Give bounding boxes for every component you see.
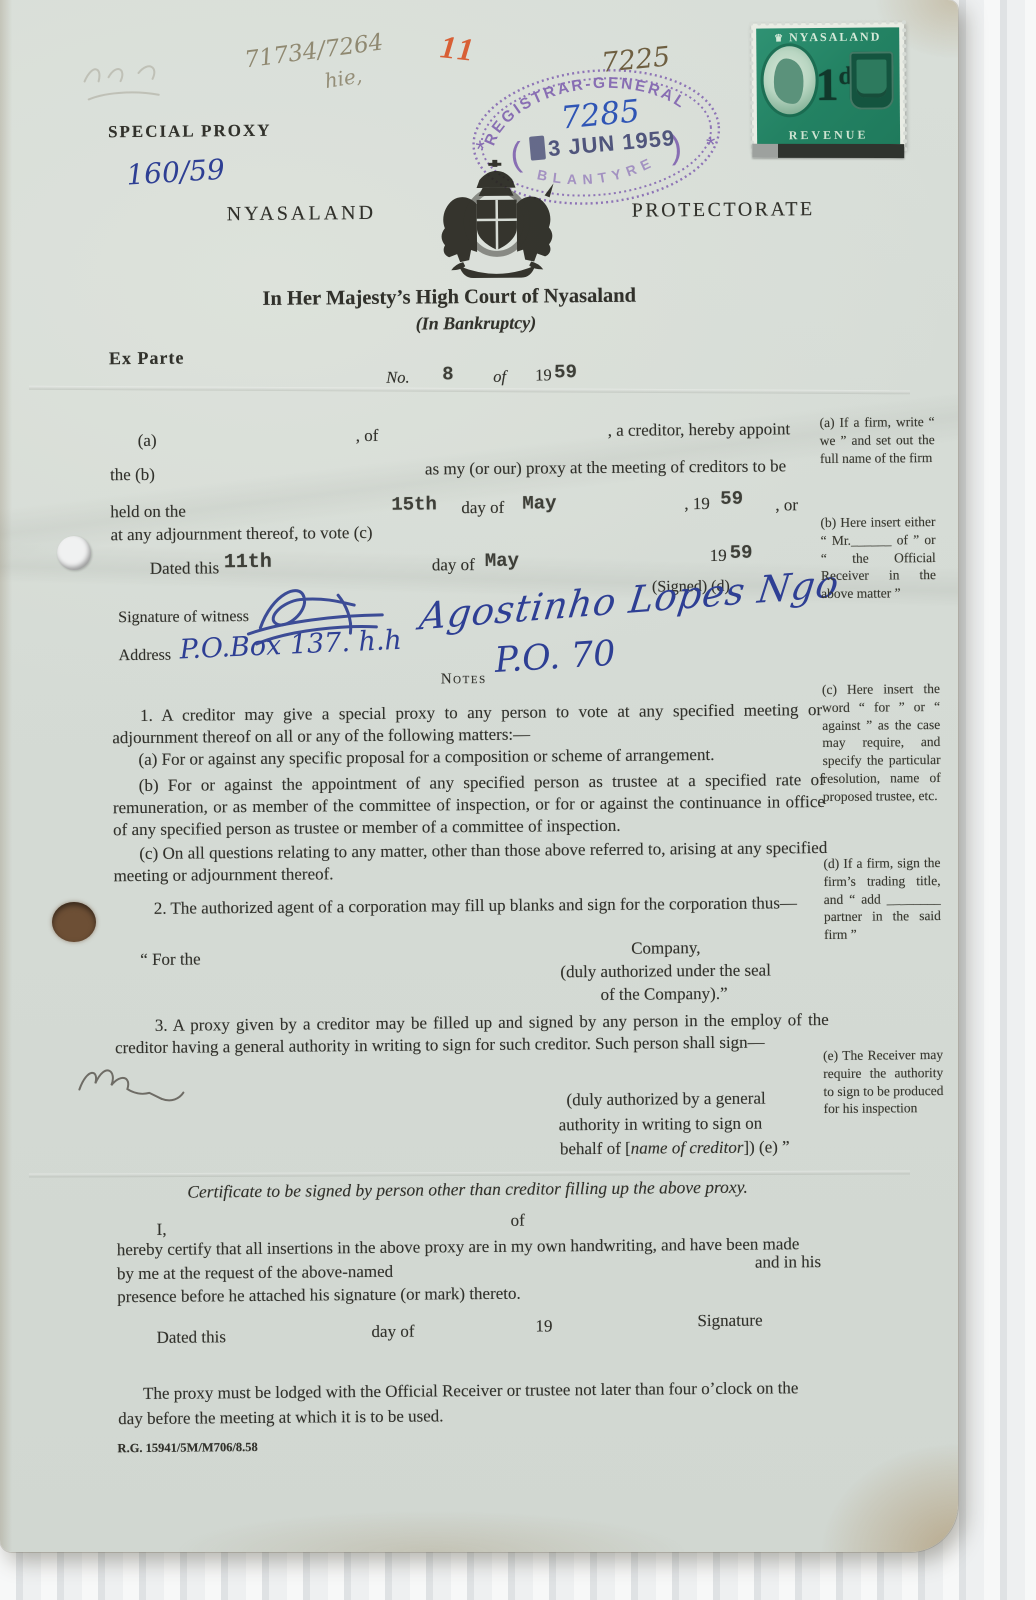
case-of-label: of: [493, 366, 506, 388]
typed-dated-day: 11th: [224, 550, 272, 576]
faint-pencil-smudge: [78, 50, 219, 111]
auth-line-3-pre: behalf of [: [560, 1139, 631, 1159]
notes-heading: Notes: [441, 670, 487, 690]
cert-year-prefix: 19: [535, 1315, 552, 1337]
form-line3-lead: held on the: [110, 501, 186, 524]
note-1c: (c) On all questions relating to any mat…: [113, 837, 827, 887]
form-line2-tail: as my (or our) proxy at the meeting of c…: [425, 455, 786, 480]
typed-dated-month: May: [485, 549, 519, 574]
form-line4: at any adjournment thereof, to vote (c): [110, 522, 372, 546]
doc-type-label: SPECIAL PROXY: [108, 120, 272, 144]
cert-line-2-tail: and in his: [755, 1251, 821, 1274]
signature-handwriting: Agostinho Lopes Ngo: [417, 560, 843, 642]
court-title: In Her Majesty’s High Court of Nyasaland: [262, 283, 636, 313]
blue-receipt-number: 7285: [559, 91, 641, 139]
stamp-caption: REVENUE: [761, 127, 896, 143]
po-number-handwriting: P.O. 70: [493, 632, 617, 685]
blue-case-ref: 160/59: [125, 152, 226, 194]
red-tally-mark: 11: [438, 26, 479, 71]
form-line1-tail: , a creditor, hereby appoint: [608, 418, 791, 442]
form-line3-year-prefix: , 19: [684, 493, 710, 515]
crown-icon: ♛: [774, 33, 785, 44]
dated-lead: Dated this: [150, 557, 220, 580]
case-year-prefix: 19: [535, 364, 552, 386]
corp-seal-2: of the Company).”: [600, 983, 727, 1006]
margin-note-a: (a) If a firm, write “ we ” and set out …: [820, 413, 935, 467]
photo-background: 71734/7264 hie, 11 7225 REGISTRAR-GENERA…: [0, 0, 1036, 1600]
margin-note-d: (d) If a firm, sign the firm’s trading t…: [823, 854, 941, 944]
cert-i-label: I,: [157, 1219, 167, 1241]
typed-meeting-month: May: [522, 491, 556, 516]
note-2: 2. The authorized agent of a corporation…: [114, 892, 830, 920]
cert-line-2: by me at the request of the above-named: [117, 1261, 393, 1286]
stamp-country: NYASALAND: [789, 29, 881, 44]
corp-company: Company,: [631, 937, 700, 960]
stamp-denomination-value: 1: [815, 59, 838, 110]
typed-dated-year: 59: [730, 541, 753, 566]
auth-line-3-em: name of creditor: [631, 1138, 744, 1158]
queen-profile-silhouette: [771, 57, 806, 106]
margin-note-b: (b) Here insert either “ Mr.______ of ” …: [820, 513, 936, 603]
form-line1-of: , of: [356, 425, 379, 447]
dated-year-prefix: 19: [710, 545, 727, 567]
form-line1-a: (a): [138, 430, 157, 452]
lodge-line-2: day before the meeting at which it is to…: [118, 1405, 443, 1430]
punch-hole-top: [57, 536, 91, 570]
corp-seal-1: (duly authorized under the seal: [560, 959, 771, 983]
margin-note-c: (c) Here insert the word “ for ” or “ ag…: [822, 680, 941, 806]
form-line3-dayof: day of: [461, 497, 504, 519]
auth-line-3-post: ]) (e) ”: [743, 1137, 789, 1156]
stamp-star-right: *: [705, 132, 717, 160]
case-year-typed: 59: [554, 360, 577, 385]
typed-meeting-day: 15th: [391, 492, 437, 517]
dated-dayof: day of: [432, 554, 475, 576]
form-line3-tail: , or: [775, 494, 798, 516]
witness-label: Signature of witness: [118, 607, 249, 629]
printer-imprint: R.G. 15941/5M/M706/8.58: [117, 1439, 257, 1456]
note-1b: (b) For or against the appointment of an…: [113, 769, 826, 841]
revenue-stamp: ♛NYASALAND 1d REVENUE: [751, 22, 905, 150]
note-1a: (a) For or against any specific proposal…: [138, 743, 822, 771]
stamp-denomination: 1d: [815, 58, 852, 111]
margin-scribble: [71, 1049, 192, 1108]
certificate-title: Certificate to be signed by person other…: [187, 1176, 748, 1204]
cert-line-1: hereby certify that all insertions in th…: [117, 1233, 800, 1261]
auth-line-1: (duly authorized by a general: [566, 1088, 765, 1112]
note-1: 1. A creditor may give a special proxy t…: [112, 699, 822, 749]
document-paper: 71734/7264 hie, 11 7225 REGISTRAR-GENERA…: [0, 0, 958, 1552]
note-3: 3. A proxy given by a creditor may be fi…: [115, 1009, 829, 1059]
cert-of-label: of: [510, 1210, 524, 1232]
stamp-country-band: ♛NYASALAND: [760, 29, 895, 45]
corp-for-open: “ For the: [140, 948, 201, 971]
auth-line-2: authority in writing to sign on: [559, 1113, 763, 1137]
cert-dayof: day of: [371, 1321, 414, 1343]
auth-line-3: behalf of [name of creditor]) (e) ”: [560, 1136, 790, 1160]
case-no-value: 8: [442, 362, 454, 387]
court-division: (In Bankruptcy): [416, 311, 537, 335]
document-content: 71734/7264 hie, 11 7225 REGISTRAR-GENERA…: [0, 0, 965, 1556]
cert-signature-label: Signature: [697, 1310, 762, 1333]
punch-hole-bottom: [52, 902, 96, 942]
cert-line-3: presence before he attached his signatur…: [117, 1283, 521, 1309]
lodge-line-1: The proxy must be lodged with the Offici…: [143, 1377, 799, 1405]
stamp-shield: [849, 51, 894, 109]
queen-portrait: [763, 46, 816, 114]
margin-note-e: (e) The Receiver may require the authori…: [823, 1046, 944, 1118]
pencil-file-ref-2: hie,: [323, 62, 364, 94]
territory-right: PROTECTORATE: [632, 196, 815, 224]
cert-dated-lead: Dated this: [156, 1326, 226, 1349]
typed-meeting-year: 59: [720, 487, 743, 512]
address-label: Address: [119, 646, 172, 667]
stamp-frame: ♛NYASALAND 1d REVENUE: [756, 27, 900, 145]
territory-left: NYASALAND: [227, 200, 376, 227]
form-line2-lead: the (b): [110, 464, 155, 486]
address-handwriting: P.O.Box 137. h.h: [179, 623, 403, 668]
royal-coat-of-arms: [432, 157, 561, 290]
ex-parte-label: Ex Parte: [109, 347, 185, 371]
pencil-file-ref: 71734/7264: [243, 28, 385, 76]
case-no-label: No.: [386, 367, 410, 389]
stamp-selvage-strip: [752, 144, 904, 158]
